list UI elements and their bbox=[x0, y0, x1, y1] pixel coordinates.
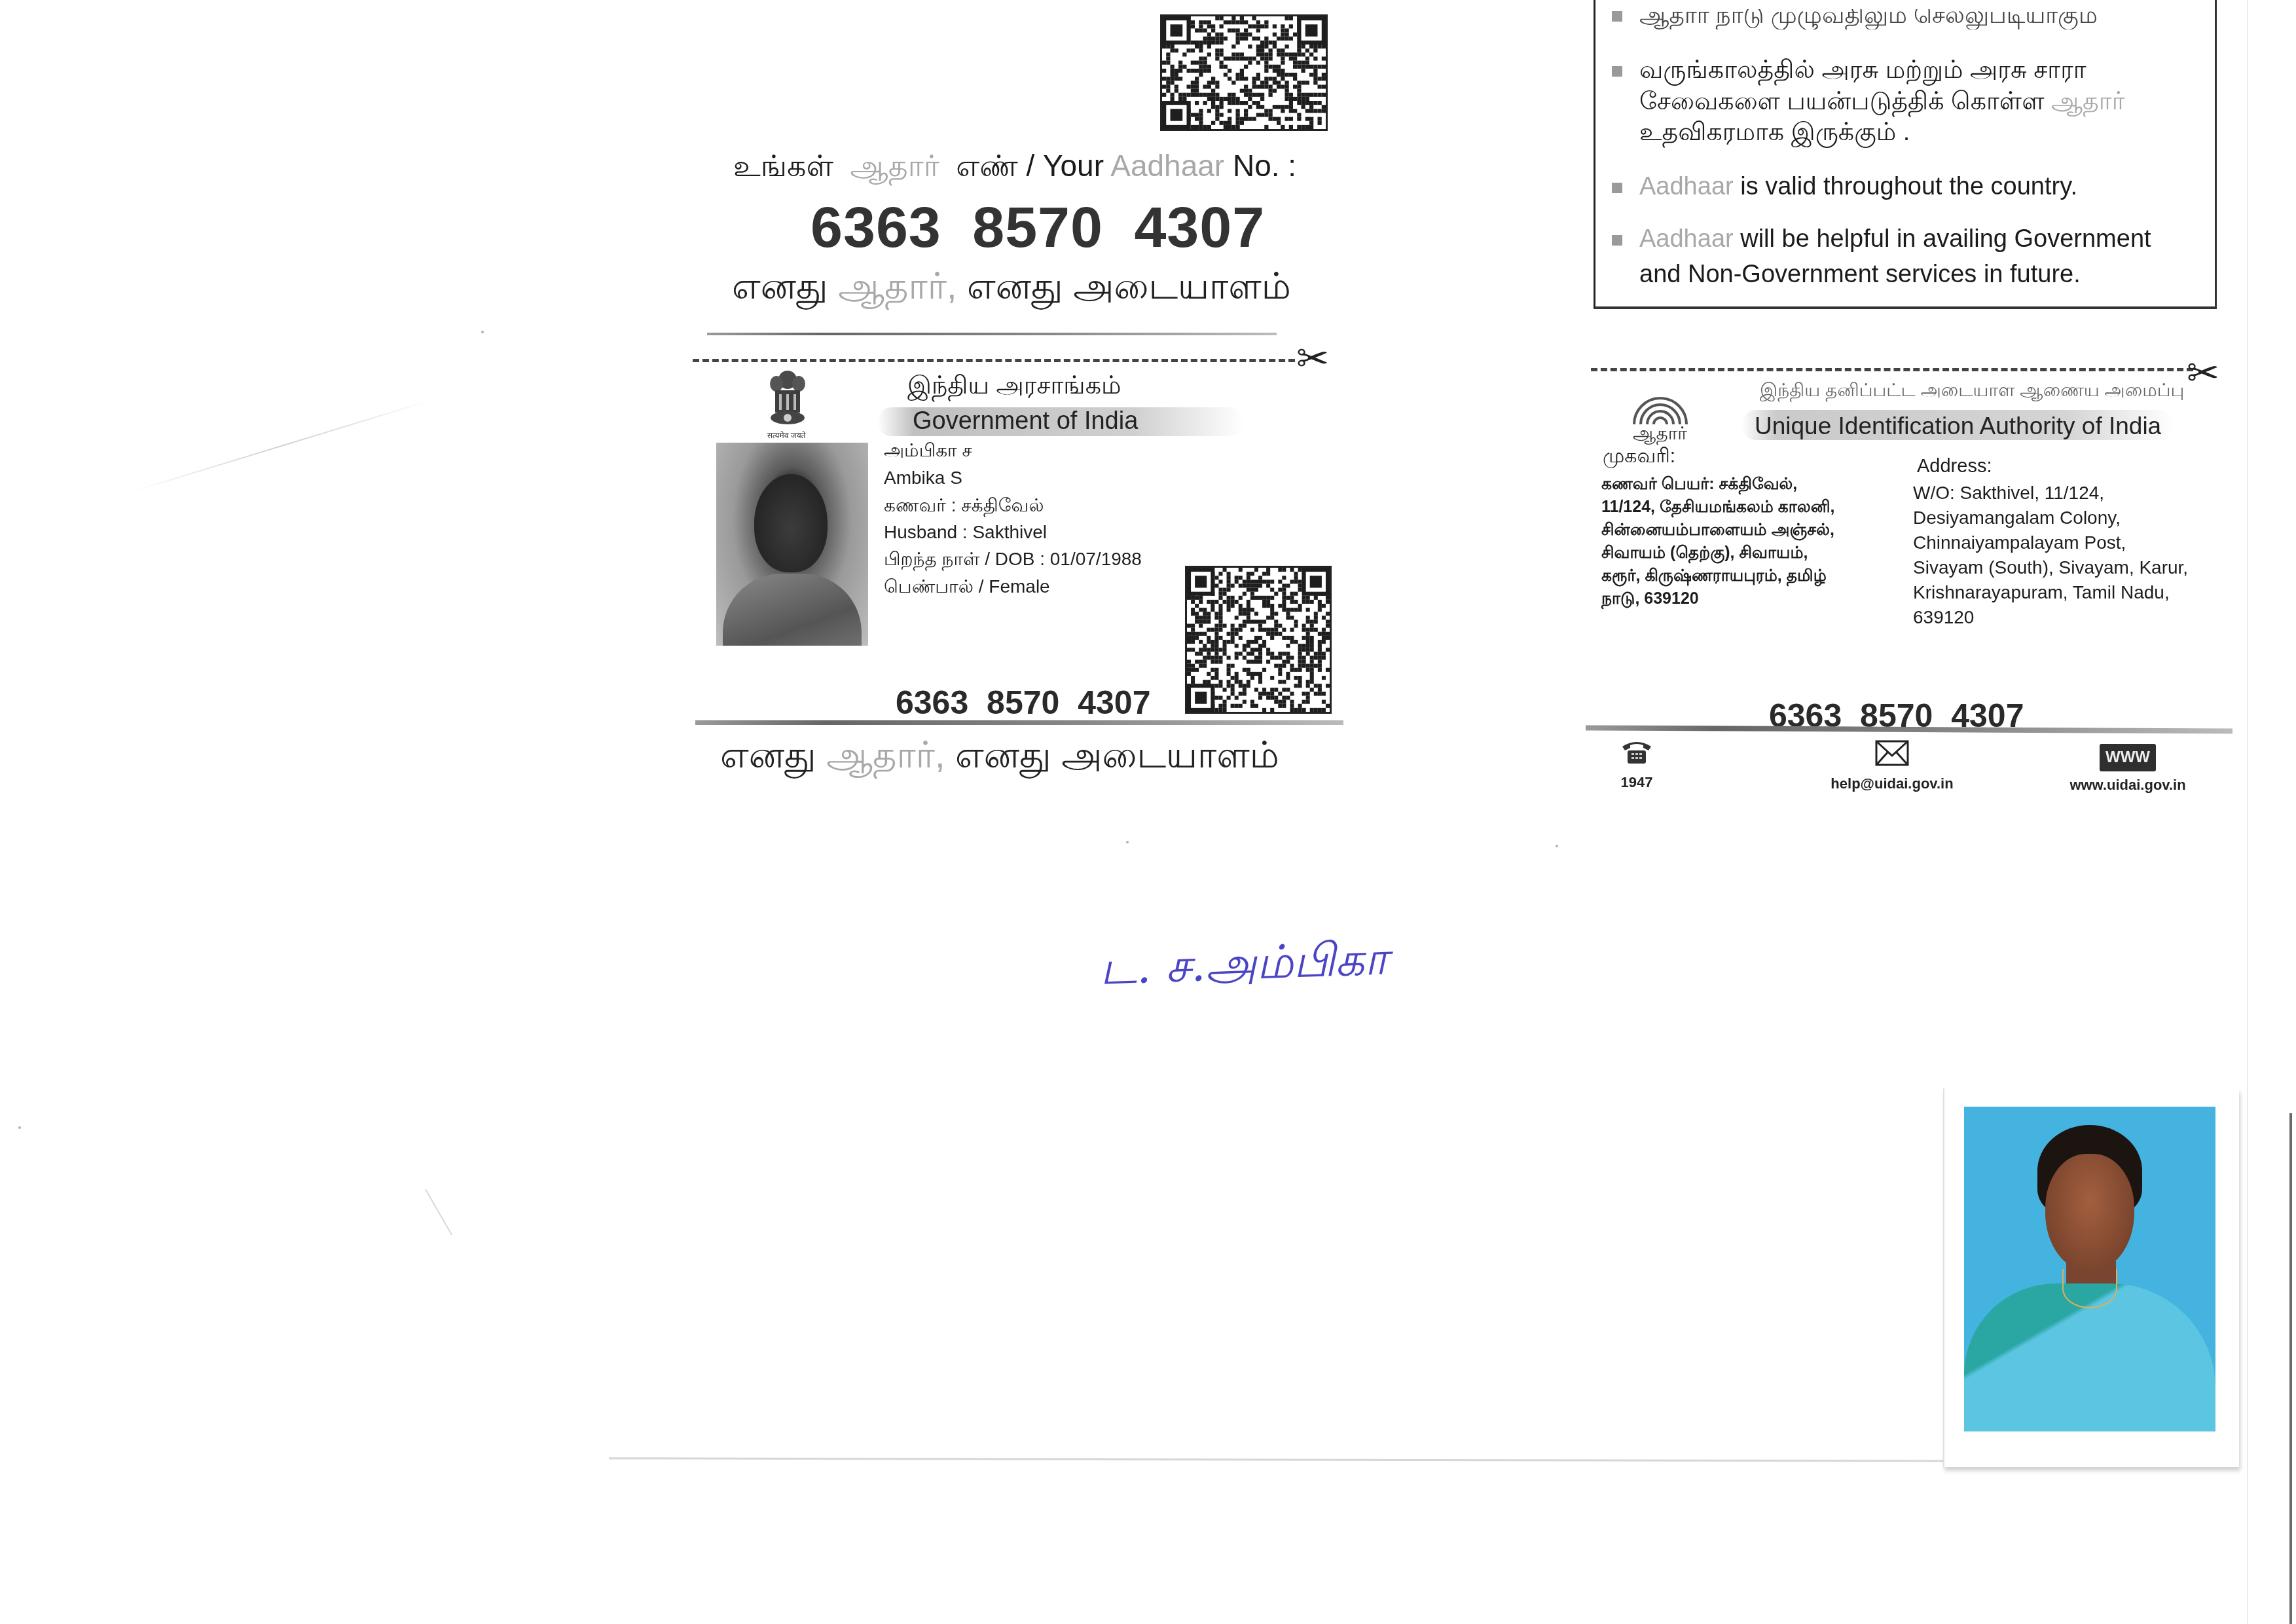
authority-title-english: Unique Identification Authority of India bbox=[1755, 413, 2161, 440]
date-of-birth: பிறந்த நாள் / DOB : 01/07/1988 bbox=[884, 549, 1142, 572]
cut-line bbox=[693, 359, 1295, 362]
aadhaar-logo-caption: ஆதார் bbox=[1633, 423, 1687, 447]
address-tamil: கணவர் பெயர்: சக்திவேல், 11/124, தேசியமங்… bbox=[1601, 473, 1835, 610]
scan-scratch bbox=[131, 399, 432, 492]
gender: பெண்பால் / Female bbox=[884, 576, 1050, 600]
aadhaar-number: 6363 8570 4307 bbox=[811, 194, 1265, 261]
scanner-border bbox=[2289, 1113, 2292, 1624]
qr-code-pattern bbox=[1162, 16, 1326, 129]
holder-photo bbox=[716, 443, 868, 646]
tagline: எனது ஆதார், எனது அடையாளம் bbox=[732, 265, 1291, 312]
scissors-icon: ✂ bbox=[1296, 339, 1329, 378]
tagline: எனது ஆதார், எனது அடையாளம் bbox=[720, 733, 1279, 781]
authority-title-tamil: இந்திய தனிப்பட்ட அடையாள ஆணைய அமைப்பு bbox=[1760, 380, 2184, 403]
qr-code-pattern bbox=[1187, 568, 1330, 712]
contact-email[interactable]: help@uidai.gov.in bbox=[1807, 740, 1977, 792]
cut-line bbox=[1591, 368, 2193, 371]
divider bbox=[695, 720, 1343, 725]
scan-scratch bbox=[425, 1189, 452, 1235]
husband-tamil: கணவர் : சக்திவேல் bbox=[884, 495, 1044, 519]
info-bullet: வருங்காலத்தில் அரசு மற்றும் அரசு சாரா சே… bbox=[1612, 55, 2125, 149]
contact-phone: 1947 bbox=[1597, 739, 1676, 791]
your-aadhaar-no-label: உங்கள் ஆதார் எண் / Your Aadhaar No. : bbox=[733, 148, 1296, 188]
info-bullet: Aadhaar will be helpful in availing Gove… bbox=[1612, 224, 2151, 290]
address-english: W/O: Sakthivel, 11/124, Desiyamangalam C… bbox=[1913, 481, 2188, 630]
name-english: Ambika S bbox=[884, 468, 962, 489]
sheet-right-edge bbox=[2247, 0, 2248, 1624]
emblem-caption: सत्यमेव जयते bbox=[767, 430, 805, 441]
info-bullet: Aadhaar is valid throughout the country. bbox=[1612, 172, 2077, 203]
divider bbox=[707, 333, 1277, 335]
government-title-english: Government of India bbox=[913, 407, 1138, 435]
scan-speck bbox=[1126, 841, 1129, 843]
scan-speck bbox=[18, 1126, 21, 1129]
husband-english: Husband : Sakthivel bbox=[884, 522, 1047, 543]
scan-speck bbox=[481, 331, 484, 333]
card-aadhaar-number: 6363 8570 4307 bbox=[896, 684, 1150, 722]
name-tamil: அம்பிகா ச bbox=[884, 440, 972, 464]
envelope-icon bbox=[1807, 740, 1977, 770]
government-title-tamil: இந்திய அரசாங்கம் bbox=[907, 372, 1121, 403]
scissors-icon: ✂ bbox=[2187, 354, 2219, 393]
address-label-english: Address: bbox=[1917, 456, 1992, 477]
qr-code bbox=[1160, 14, 1328, 131]
passport-photo bbox=[1964, 1107, 2215, 1431]
contact-website[interactable]: WWW www.uidai.gov.in bbox=[2043, 744, 2213, 794]
qr-code bbox=[1185, 566, 1332, 714]
national-emblem-icon bbox=[766, 368, 809, 434]
www-icon: WWW bbox=[2100, 744, 2156, 771]
scan-speck bbox=[1556, 845, 1558, 847]
handwritten-signature: ட. ச.அம்பிகா bbox=[1099, 931, 1389, 1001]
address-label-tamil: முகவரி: bbox=[1603, 445, 1675, 470]
telephone-icon bbox=[1597, 739, 1676, 769]
aadhaar-fingerprint-logo-icon bbox=[1629, 384, 1692, 426]
